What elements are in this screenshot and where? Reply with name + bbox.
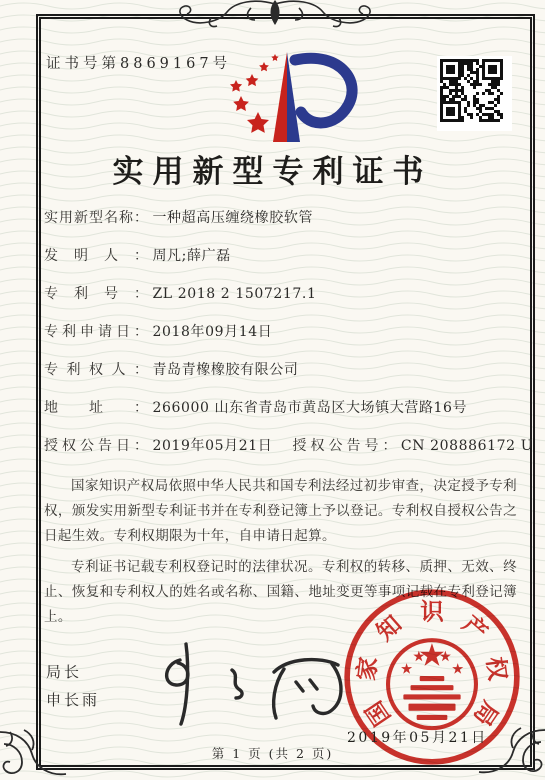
field-label: 专利号： bbox=[44, 284, 148, 305]
field-label: 授权公告日： bbox=[44, 436, 148, 457]
field-value: 一种超高压缠绕橡胶软管 bbox=[152, 210, 313, 226]
field-value: 青岛青橡橡胶有限公司 bbox=[152, 362, 298, 378]
field-label: 专利权人： bbox=[44, 360, 148, 381]
certificate-title: 实用新型专利证书 bbox=[0, 146, 545, 191]
signer-title: 局长 bbox=[46, 658, 100, 686]
field-value: 2019年05月21日 bbox=[152, 438, 272, 454]
svg-text:★: ★ bbox=[413, 649, 424, 664]
field-row-filing-date: 专利申请日： 2018年09月14日 bbox=[44, 322, 517, 343]
field-row-inventor: 发明人： 周凡;薛广磊 bbox=[44, 246, 517, 267]
field-label: 专利申请日： bbox=[44, 322, 148, 343]
svg-text:★: ★ bbox=[440, 649, 451, 664]
seal-date: 2019年05月21日 bbox=[347, 727, 488, 747]
qr-code bbox=[437, 56, 512, 131]
field-value: 2018年09月14日 bbox=[152, 324, 272, 340]
top-flourish-ornament-icon bbox=[155, 0, 395, 28]
certificate-body: 实用新型名称： 一种超高压缠绕橡胶软管 发明人： 周凡;薛广磊 专利号： ZL … bbox=[44, 208, 517, 636]
svg-text:权: 权 bbox=[481, 655, 512, 682]
grant-number-pair: 授权公告号： CN 208886172 U bbox=[292, 436, 533, 457]
field-row-patentee: 专利权人： 青岛青橡橡胶有限公司 bbox=[44, 360, 517, 381]
signer-block: 局长 申长雨 bbox=[46, 658, 100, 714]
field-label: 发明人： bbox=[44, 246, 148, 267]
field-value: ZL 2018 2 1507217.1 bbox=[152, 286, 316, 302]
svg-text:识: 识 bbox=[420, 598, 444, 626]
grant-date-pair: 授权公告日： 2019年05月21日 bbox=[44, 436, 288, 457]
director-signature bbox=[128, 632, 368, 734]
svg-text:★: ★ bbox=[401, 661, 412, 676]
national-emblem-icon: ★ ★ ★ ★ ★ bbox=[388, 639, 476, 728]
signer-name: 申长雨 bbox=[46, 686, 100, 714]
svg-text:家: 家 bbox=[352, 655, 383, 682]
field-label: 地址： bbox=[44, 398, 148, 419]
field-row-patent-number: 专利号： ZL 2018 2 1507217.1 bbox=[44, 284, 517, 305]
field-label: 实用新型名称： bbox=[44, 208, 148, 229]
field-label: 授权公告号： bbox=[292, 436, 396, 457]
cnipa-logo-icon bbox=[203, 50, 378, 146]
svg-text:★: ★ bbox=[452, 661, 463, 676]
field-row-grant: 授权公告日： 2019年05月21日 授权公告号： CN 208886172 U bbox=[44, 436, 517, 457]
field-value: CN 208886172 U bbox=[401, 438, 533, 454]
patent-certificate-page: 证书号第8869167号 实用新型专利证书 实用新型名称： 一种超高压缠绕橡胶软… bbox=[0, 0, 545, 780]
field-row-name: 实用新型名称： 一种超高压缠绕橡胶软管 bbox=[44, 208, 517, 229]
field-value: 周凡;薛广磊 bbox=[152, 248, 230, 264]
field-value: 266000 山东省青岛市黄岛区大场镇大营路16号 bbox=[152, 400, 467, 416]
field-row-address: 地址： 266000 山东省青岛市黄岛区大场镇大营路16号 bbox=[44, 398, 517, 419]
legal-paragraph-1: 国家知识产权局依照中华人民共和国专利法经过初步审查，决定授予专利权，颁发实用新型… bbox=[44, 474, 517, 549]
